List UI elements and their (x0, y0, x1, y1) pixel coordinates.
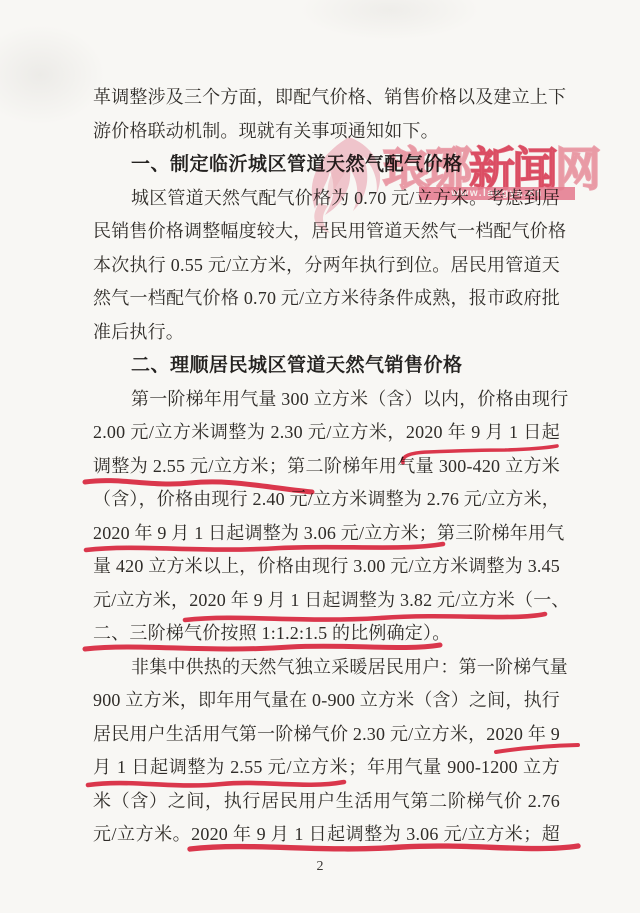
doc-line: 元/立方米，2020 年 9 月 1 日起调整为 3.82 元/立方米（一、 (93, 584, 560, 618)
doc-line: 然气一档配气价格 0.70 元/立方米待条件成熟，报市政府批 (93, 282, 560, 316)
document-page: 革调整涉及三个方面，即配气价格、销售价格以及建立上下游价格联动机制。现就有关事项… (0, 0, 640, 913)
watermark-name-right: 网 (555, 143, 598, 195)
page-number: 2 (0, 857, 640, 877)
doc-line: 月 1 日起调整为 2.55 元/立方米；年用气量 900-1200 立方 (93, 751, 560, 785)
section-heading: 二、理顺居民城区管道天然气销售价格 (93, 349, 560, 383)
scan-smudge (0, 25, 105, 125)
doc-line: （含），价格由现行 2.40 元/立方米调整为 2.76 元/立方米， (93, 483, 560, 517)
doc-line: 游价格联动机制。现就有关事项通知如下。 (93, 115, 560, 149)
doc-line: 二、三阶梯气价按照 1:1.2:1.5 的比例确定）。 (93, 617, 560, 651)
doc-line: 本次执行 0.55 元/立方米，分两年执行到位。居民用管道天 (93, 249, 560, 283)
doc-line: 米（含）之间，执行居民用户生活用气第二阶梯气价 2.76 (93, 785, 560, 819)
doc-line: 第一阶梯年用气量 300 立方米（含）以内，价格由现行 (93, 383, 560, 417)
section-heading: 一、制定临沂城区管道天然气配气价格 (93, 148, 560, 182)
doc-line: 准后执行。 (93, 316, 560, 350)
doc-line: 量 420 立方米以上，价格由现行 3.00 元/立方米调整为 3.45 (93, 550, 560, 584)
doc-line: 900 立方米，即年用气量在 0-900 立方米（含）之间，执行 (93, 684, 560, 718)
doc-line: 城区管道天然气配气价格为 0.70 元/立方米。考虑到居 (93, 182, 560, 216)
doc-line: 非集中供热的天然气独立采暖居民用户：第一阶梯气量 (93, 651, 560, 685)
document-body: 革调整涉及三个方面，即配气价格、销售价格以及建立上下游价格联动机制。现就有关事项… (93, 81, 560, 852)
doc-line: 革调整涉及三个方面，即配气价格、销售价格以及建立上下 (93, 81, 560, 115)
doc-line: 调整为 2.55 元/立方米；第二阶梯年用气量 300-420 立方米 (93, 450, 560, 484)
doc-line: 2.00 元/立方米调整为 2.30 元/立方米，2020 年 9 月 1 日起 (93, 416, 560, 450)
doc-line: 元/立方米。2020 年 9 月 1 日起调整为 3.06 元/立方米；超 (93, 818, 560, 852)
scan-smudge (300, 0, 480, 40)
doc-line: 民销售价格调整幅度较大，居民用管道天然气一档配气价格 (93, 215, 560, 249)
doc-line: 居民用户生活用气第一阶梯气价 2.30 元/立方米，2020 年 9 (93, 718, 560, 752)
doc-line: 2020 年 9 月 1 日起调整为 3.06 元/立方米；第三阶梯年用气 (93, 517, 560, 551)
